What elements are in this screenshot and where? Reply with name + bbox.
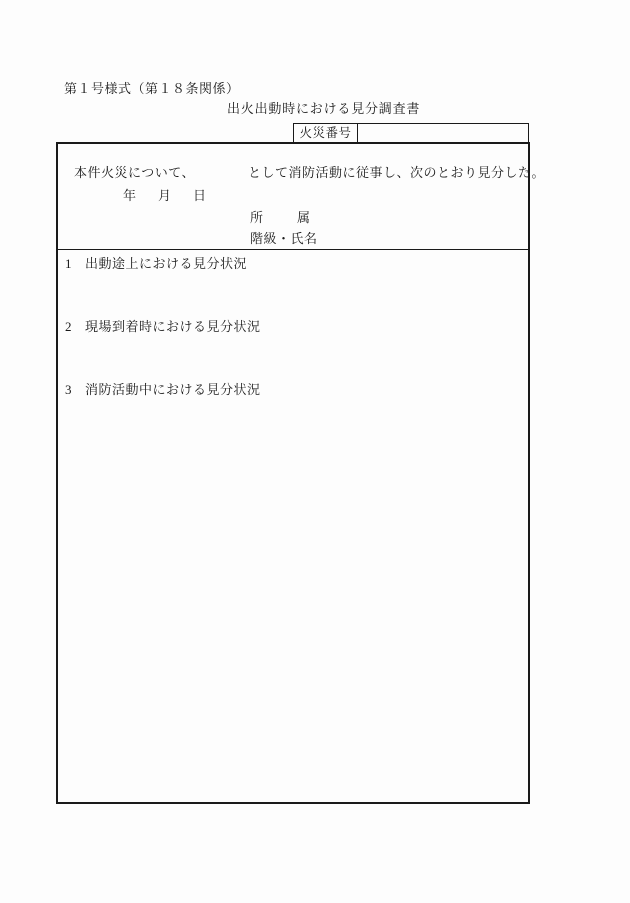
header-divider xyxy=(58,249,528,250)
fire-number-label: 火災番号 xyxy=(294,124,358,142)
report-body-box: 本件火災について、 として消防活動に従事し、次のとおり見分した。 年 月 日 所… xyxy=(56,142,530,804)
page-title: 出火出動時における見分調査書 xyxy=(227,100,420,117)
section-arrival: 2 現場到着時における見分状況 xyxy=(58,318,528,338)
form-number-note: 第１号様式（第１８条関係） xyxy=(64,81,240,97)
intro-statement-prefix: 本件火災について、 xyxy=(74,164,195,182)
section-title: 消防活動中における見分状況 xyxy=(85,381,261,399)
intro-statement-suffix: として消防活動に従事し、次のとおり見分した。 xyxy=(248,164,545,182)
rank-name-label: 階級・氏名 xyxy=(250,230,318,248)
section-during-activity: 3 消防活動中における見分状況 xyxy=(58,381,528,401)
date-day-label: 日 xyxy=(193,187,207,205)
section-number: 2 xyxy=(65,318,72,336)
section-en-route: 1 出動途上における見分状況 xyxy=(58,255,528,275)
section-number: 1 xyxy=(65,255,72,273)
section-number: 3 xyxy=(65,381,72,399)
document-page: 第１号様式（第１８条関係） 出火出動時における見分調査書 火災番号 本件火災につ… xyxy=(0,0,630,903)
fire-number-box: 火災番号 xyxy=(293,123,529,143)
section-title: 現場到着時における見分状況 xyxy=(85,318,261,336)
date-month-label: 月 xyxy=(158,187,172,205)
date-year-label: 年 xyxy=(123,187,137,205)
affiliation-label: 所 属 xyxy=(250,209,310,227)
affiliation-label-first: 所 xyxy=(250,209,263,227)
affiliation-label-second: 属 xyxy=(297,209,310,227)
section-title: 出動途上における見分状況 xyxy=(85,255,247,273)
fire-number-value-cell xyxy=(358,124,528,142)
